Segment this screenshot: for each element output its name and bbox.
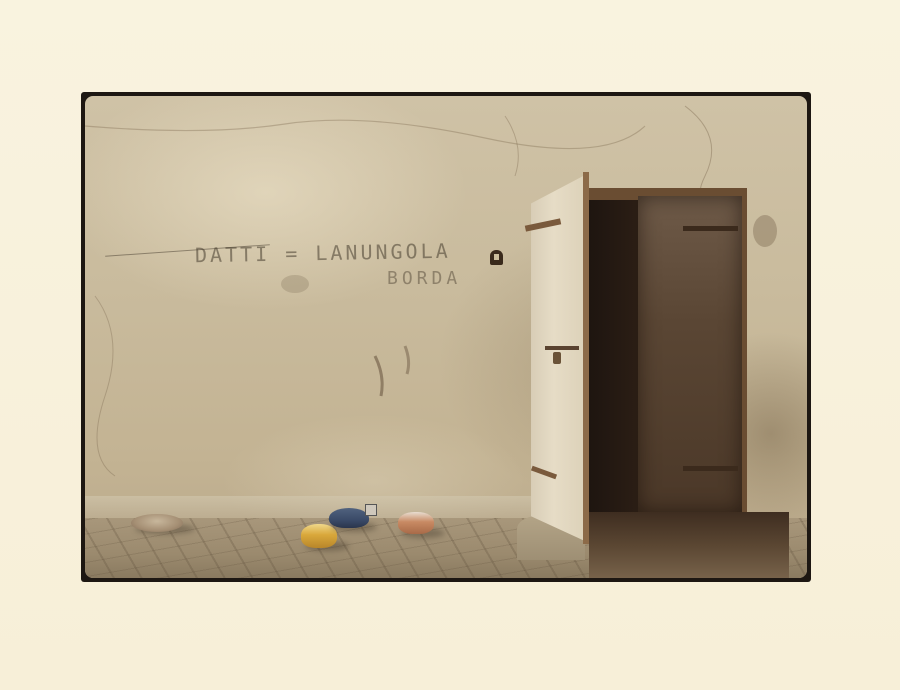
open-door-edge bbox=[583, 172, 589, 544]
doorway-floor bbox=[589, 512, 789, 578]
plate bbox=[131, 514, 183, 532]
photo-print-border: DATTI = LANUNGOLA BORDA bbox=[81, 92, 811, 582]
orange-bowl bbox=[398, 512, 434, 534]
door-latch bbox=[545, 346, 579, 350]
photograph: DATTI = LANUNGOLA BORDA bbox=[85, 96, 807, 578]
wall-graffiti-line-1: DATTI = LANUNGOLA bbox=[195, 239, 451, 267]
wall-socket-slot bbox=[494, 254, 499, 260]
inner-door-hinge-bottom bbox=[683, 466, 738, 471]
inner-wooden-door bbox=[638, 196, 742, 512]
padlock-icon bbox=[553, 352, 561, 364]
wall-graffiti-line-2: BORDA bbox=[387, 268, 461, 289]
inner-door-hinge-top bbox=[683, 226, 738, 231]
blue-bowl bbox=[329, 508, 369, 528]
blue-bowl-tag bbox=[365, 504, 377, 516]
